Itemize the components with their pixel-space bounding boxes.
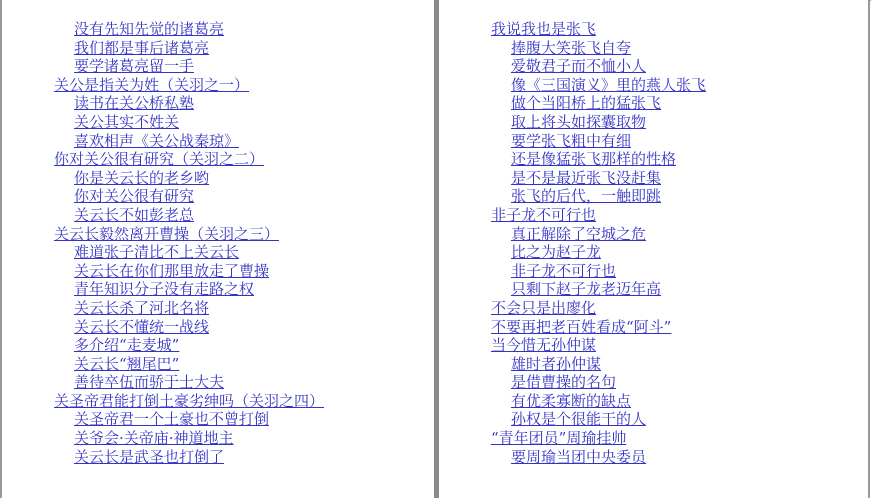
toc-link[interactable]: 像《三国演义》里的燕人张飞 <box>439 76 868 95</box>
toc-link[interactable]: 做个当阳桥上的猛张飞 <box>439 94 868 113</box>
toc-link[interactable]: 你对关公很有研究（关羽之二） <box>2 150 434 169</box>
toc-link[interactable]: 非子龙不可行也 <box>439 206 868 225</box>
page-right: 我说我也是张飞捧腹大笑张飞自夸爱敬君子而不恤小人像《三国演义》里的燕人张飞做个当… <box>439 0 868 498</box>
toc-link[interactable]: 多介绍“走麦城” <box>2 336 434 355</box>
toc-link[interactable]: 是不是最近张飞没赶集 <box>439 169 868 188</box>
toc-link[interactable]: 是借曹操的名句 <box>439 373 868 392</box>
toc-link[interactable]: 关云长是武圣也打倒了 <box>2 448 434 467</box>
toc-link[interactable]: 要学张飞粗中有细 <box>439 132 868 151</box>
toc-link[interactable]: 捧腹大笑张飞自夸 <box>439 39 868 58</box>
toc-link[interactable]: 关圣帝君能打倒土豪劣绅吗（关羽之四） <box>2 392 434 411</box>
toc-link[interactable]: 不要再把老百姓看成“阿斗” <box>439 318 868 337</box>
toc-link[interactable]: 孙权是个很能干的人 <box>439 410 868 429</box>
toc-link[interactable]: 青年知识分子没有走路之权 <box>2 280 434 299</box>
toc-link[interactable]: 关云长不如彭老总 <box>2 206 434 225</box>
toc-link[interactable]: 非子龙不可行也 <box>439 262 868 281</box>
toc-link[interactable]: 你是关云长的老乡哟 <box>2 169 434 188</box>
toc-link[interactable]: 取上将头如探囊取物 <box>439 113 868 132</box>
toc-link[interactable]: 爱敬君子而不恤小人 <box>439 57 868 76</box>
page-left: 没有先知先觉的诸葛亮我们都是事后诸葛亮要学诸葛亮留一手关公是指关为姓（关羽之一）… <box>2 0 434 498</box>
toc-link[interactable]: “青年团员”周瑜挂帅 <box>439 429 868 448</box>
toc-link[interactable]: 雄时者孙仲谋 <box>439 355 868 374</box>
toc-link[interactable]: 当今惜无孙仲谋 <box>439 336 868 355</box>
toc-link[interactable]: 不会只是出廖化 <box>439 299 868 318</box>
toc-link[interactable]: 关云长不懂统一战线 <box>2 318 434 337</box>
toc-link[interactable]: 要学诸葛亮留一手 <box>2 57 434 76</box>
toc-link[interactable]: 我们都是事后诸葛亮 <box>2 39 434 58</box>
toc-link[interactable]: 关公是指关为姓（关羽之一） <box>2 76 434 95</box>
toc-list-right: 我说我也是张飞捧腹大笑张飞自夸爱敬君子而不恤小人像《三国演义》里的燕人张飞做个当… <box>439 20 868 466</box>
toc-link[interactable]: 有优柔寡断的缺点 <box>439 392 868 411</box>
toc-link[interactable]: 比之为赵子龙 <box>439 243 868 262</box>
right-border-line <box>868 0 870 498</box>
toc-link[interactable]: 读书在关公桥私塾 <box>2 94 434 113</box>
toc-list-left: 没有先知先觉的诸葛亮我们都是事后诸葛亮要学诸葛亮留一手关公是指关为姓（关羽之一）… <box>2 20 434 466</box>
toc-link[interactable]: 喜欢相声《关公战秦琼》 <box>2 132 434 151</box>
toc-link[interactable]: 关云长在你们那里放走了曹操 <box>2 262 434 281</box>
toc-link[interactable]: 还是像猛张飞那样的性格 <box>439 150 868 169</box>
toc-link[interactable]: 你对关公很有研究 <box>2 187 434 206</box>
toc-link[interactable]: 关云长杀了河北名将 <box>2 299 434 318</box>
toc-link[interactable]: 关爷会·关帝庙·神道地主 <box>2 429 434 448</box>
document-viewer: 没有先知先觉的诸葛亮我们都是事后诸葛亮要学诸葛亮留一手关公是指关为姓（关羽之一）… <box>0 0 871 498</box>
toc-link[interactable]: 关云长“翘尾巴” <box>2 355 434 374</box>
toc-link[interactable]: 没有先知先觉的诸葛亮 <box>2 20 434 39</box>
toc-link[interactable]: 张飞的后代，一触即跳 <box>439 187 868 206</box>
toc-link[interactable]: 要周瑜当团中央委员 <box>439 448 868 467</box>
toc-link[interactable]: 关云长毅然离开曹操（关羽之三） <box>2 225 434 244</box>
toc-link[interactable]: 真正解除了空城之危 <box>439 225 868 244</box>
toc-link[interactable]: 关圣帝君一个土豪也不曾打倒 <box>2 410 434 429</box>
toc-link[interactable]: 只剩下赵子龙老迈年高 <box>439 280 868 299</box>
toc-link[interactable]: 关公其实不姓关 <box>2 113 434 132</box>
toc-link[interactable]: 难道张子清比不上关云长 <box>2 243 434 262</box>
toc-link[interactable]: 善待卒伍而骄于士大夫 <box>2 373 434 392</box>
toc-link[interactable]: 我说我也是张飞 <box>439 20 868 39</box>
